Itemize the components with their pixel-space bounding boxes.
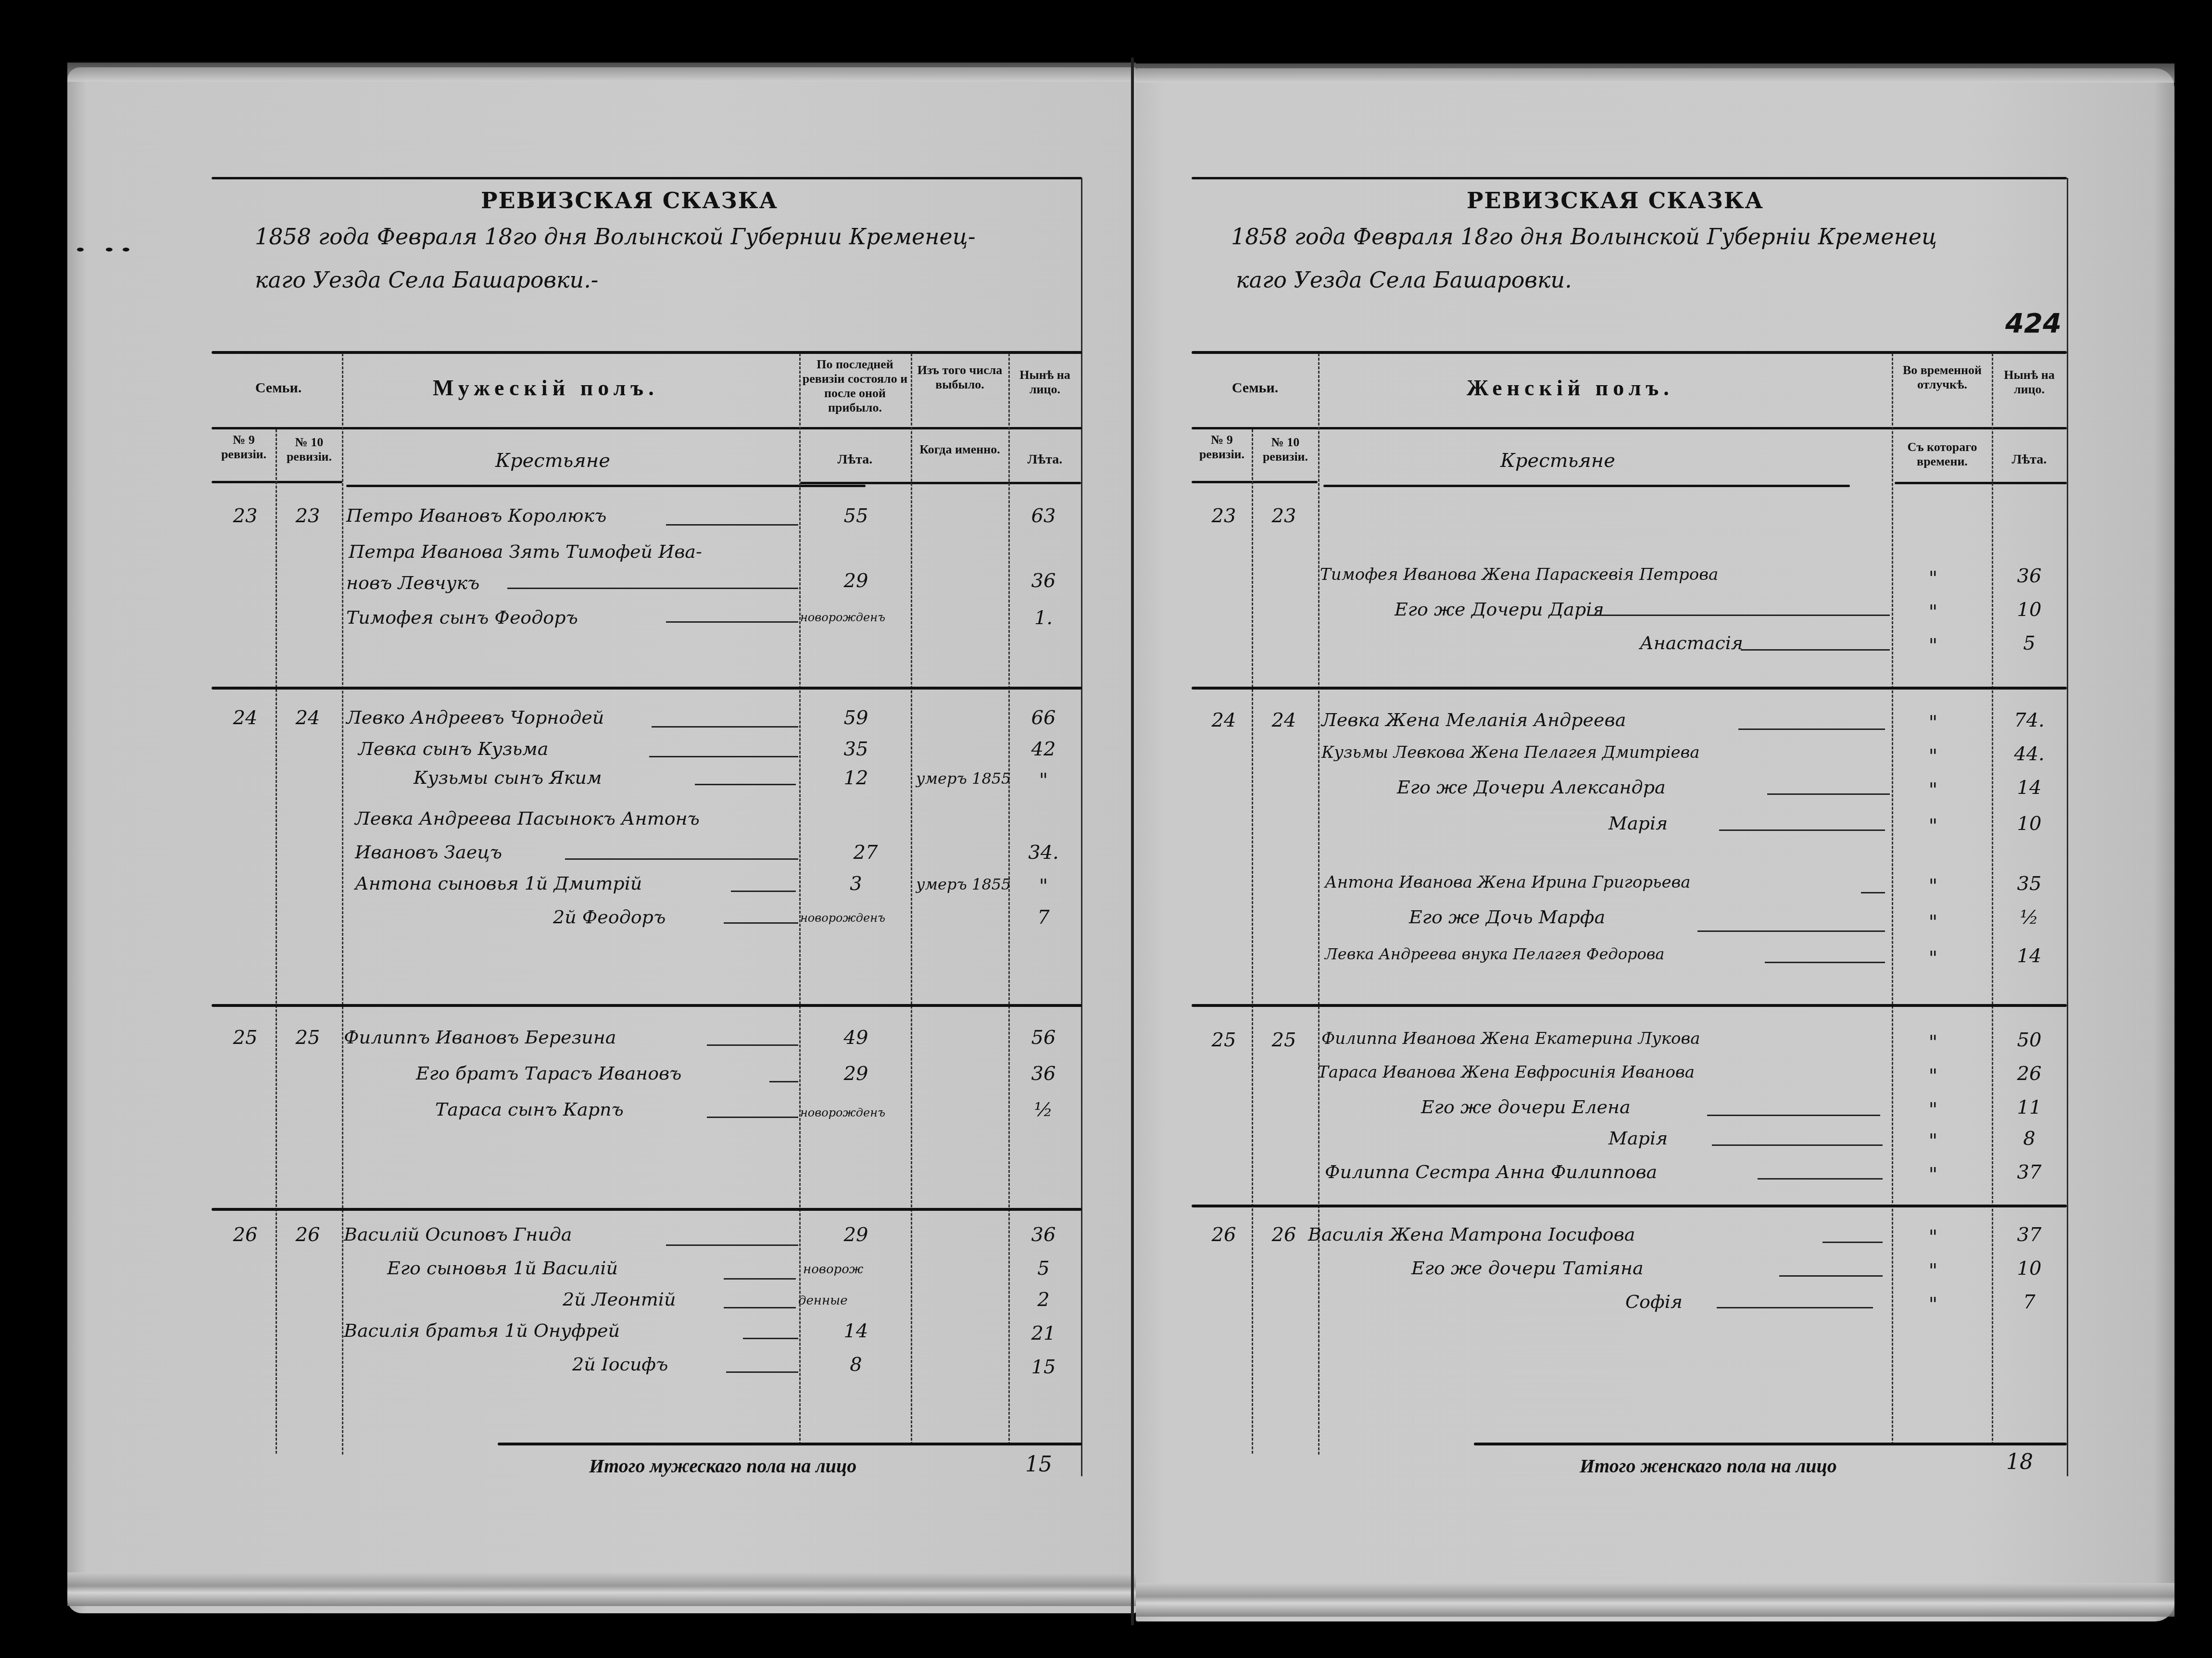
fill-dash — [724, 1278, 796, 1280]
col-divider — [276, 429, 277, 1454]
family-separator — [1192, 687, 2067, 690]
person-name: Кузьмы Левкова Жена Пелагея Дмитріева — [1321, 743, 1700, 762]
header-top-line — [1192, 351, 2067, 354]
age-now: 26 — [2000, 1063, 2058, 1085]
fill-dash — [1712, 1144, 1883, 1146]
age-now: 36 — [1015, 1224, 1072, 1246]
total-line — [1474, 1443, 2067, 1445]
person-name: Кузьмы сынъ Яким — [414, 767, 602, 788]
absence-mark: " — [1923, 779, 1943, 801]
age-last-revision: 59 — [808, 707, 904, 729]
person-name: Тимофея сынъ Феодоръ — [346, 607, 578, 628]
fill-dash — [1587, 615, 1890, 616]
fill-dash — [726, 1371, 798, 1373]
fill-dash — [724, 922, 798, 924]
person-name: Софія — [1625, 1291, 1683, 1312]
header-absence: Во временной отлучкѣ. — [1893, 363, 1991, 392]
fill-dash — [707, 1044, 798, 1046]
age-now: 10 — [2000, 1257, 2058, 1280]
person-name: Василій Осиповъ Гнида — [344, 1224, 572, 1245]
total-label: Итого мужескаго пола на лицо — [589, 1455, 856, 1477]
age-now: 21 — [1015, 1322, 1072, 1344]
col-divider — [1892, 353, 1893, 1445]
fill-dash — [1861, 892, 1885, 893]
family-separator — [212, 1208, 1082, 1211]
absence-mark: " — [1923, 1164, 1943, 1186]
age-now: 14 — [2000, 945, 2058, 967]
fill-dash — [666, 524, 798, 526]
date-line-2: каго Уезда Села Башаровки.- — [255, 267, 598, 293]
header-dropped: Изъ того числа выбыло. — [912, 363, 1008, 392]
age-last-revision: 49 — [808, 1027, 904, 1049]
margin-mark — [106, 248, 113, 251]
age-now: 2 — [1015, 1289, 1072, 1311]
person-name: Василія Жена Матрона Іосифова — [1308, 1224, 1635, 1245]
age-last-revision: новорожденъ — [800, 911, 885, 925]
frame-top-line — [1192, 177, 2067, 179]
person-name: Василія братья 1й Онуфрей — [344, 1320, 620, 1341]
total-line — [498, 1443, 1082, 1445]
rev10-number: 23 — [1260, 505, 1308, 527]
person-name: Петро Ивановъ Королюкъ — [346, 505, 606, 526]
col-divider — [1252, 429, 1253, 1454]
fill-dash — [666, 1244, 798, 1246]
age-last-revision: 29 — [808, 1224, 904, 1246]
person-name: Его же дочери Татіяна — [1411, 1257, 1644, 1279]
rev9-number: 25 — [1200, 1029, 1248, 1051]
age-now: " — [1015, 875, 1072, 897]
age-now: 10 — [2000, 813, 2058, 835]
sheet-title: РЕВИЗСКАЯ СКАЗКА — [481, 188, 778, 214]
age-now: 35 — [2000, 873, 2058, 895]
person-name: Петра Иванова Зять Тимофей Ива- — [349, 541, 702, 562]
page-edge-top — [1136, 63, 2174, 83]
age-now: ½ — [2000, 906, 2058, 929]
rev10-number: 24 — [1260, 709, 1308, 731]
age-now: 37 — [2000, 1224, 2058, 1246]
family-separator — [212, 687, 1082, 690]
header-estate: Крестьяне — [495, 450, 610, 472]
age-now: 42 — [1015, 738, 1072, 760]
frame-top-line — [212, 177, 1082, 179]
fill-dash — [1758, 1178, 1883, 1180]
rev9-number: 26 — [1200, 1224, 1248, 1246]
absence-mark: " — [1923, 1294, 1943, 1316]
age-last-revision: 29 — [808, 570, 904, 592]
header-rev9: № 9 ревизіи. — [1193, 433, 1251, 462]
fill-dash — [565, 858, 798, 860]
col-divider — [1008, 353, 1010, 1445]
rev10-number: 26 — [1260, 1224, 1308, 1246]
person-name: Филиппа Сестра Анна Филиппова — [1325, 1161, 1657, 1182]
fill-dash — [1779, 1275, 1883, 1277]
col-divider — [911, 353, 912, 1445]
page-edge-bottom — [1136, 1583, 2174, 1617]
col-divider — [342, 353, 343, 1455]
fill-dash — [743, 1338, 798, 1339]
age-now: 34. — [1015, 842, 1072, 864]
right-page — [1136, 68, 2174, 1621]
age-now: 36 — [2000, 565, 2058, 587]
rev10-number: 26 — [284, 1224, 332, 1246]
age-last-revision: 35 — [808, 738, 904, 760]
absence-mark: " — [1923, 567, 1943, 590]
book-spine — [1131, 58, 1134, 1625]
fill-dash — [1697, 930, 1885, 932]
age-last-revision: новорож — [803, 1262, 863, 1277]
age-last-revision: 12 — [808, 767, 904, 789]
subheader-line — [1895, 482, 2067, 484]
family-separator — [212, 1004, 1082, 1007]
person-name: Антона сыновья 1й Дмитрій — [355, 873, 642, 894]
age-now: 44. — [2000, 743, 2058, 765]
margin-mark — [123, 248, 129, 251]
left-page — [67, 67, 1136, 1613]
total-value: 15 — [1015, 1452, 1063, 1477]
rev10-number: 25 — [1260, 1029, 1308, 1051]
fill-dash — [695, 784, 796, 785]
age-now: 5 — [1015, 1257, 1072, 1280]
fill-dash — [1707, 1115, 1880, 1116]
person-name: Анастасія — [1640, 632, 1743, 653]
person-name: Антона Иванова Жена Ирина Григорьева — [1325, 873, 1691, 892]
header-present: Нынѣ на лицо. — [1993, 368, 2065, 397]
age-now: 7 — [1015, 906, 1072, 929]
absence-mark: " — [1923, 601, 1943, 623]
age-last-revision: 55 — [808, 505, 904, 527]
subheader-line — [800, 482, 1081, 484]
rev10-number: 25 — [284, 1027, 332, 1049]
fill-dash — [1741, 649, 1890, 651]
header-when: Когда именно. — [912, 442, 1008, 457]
margin-mark — [77, 248, 84, 251]
fill-dash — [507, 588, 798, 589]
header-rev9: № 9 ревизіи. — [213, 433, 275, 462]
person-name: 2й Іосифъ — [572, 1354, 668, 1375]
person-name: Его же дочери Елена — [1421, 1096, 1631, 1118]
person-name: 2й Леонтій — [563, 1289, 676, 1310]
date-line-1: 1858 года Февраля 18го дня Волынской Губ… — [1231, 224, 1937, 250]
fill-dash — [1719, 829, 1885, 831]
age-now: 37 — [2000, 1161, 2058, 1183]
absence-mark: " — [1923, 815, 1943, 837]
family-separator — [1192, 1205, 2067, 1207]
rev9-number: 26 — [221, 1224, 269, 1246]
page-edge-top — [67, 63, 1136, 82]
person-name: Тараса Иванова Жена Евфросинія Иванова — [1318, 1063, 1695, 1082]
age-now: 10 — [2000, 599, 2058, 621]
header-families: Семьи. — [215, 380, 341, 396]
age-now: 5 — [2000, 632, 2058, 654]
age-now: 56 — [1015, 1027, 1072, 1049]
family-separator — [1192, 1004, 2067, 1007]
age-now: ½ — [1015, 1099, 1072, 1121]
col-divider — [1318, 353, 1320, 1455]
absence-mark: " — [1923, 1130, 1943, 1152]
absence-mark: " — [1923, 1226, 1943, 1248]
age-now: 7 — [2000, 1291, 2058, 1313]
person-name: Филиппа Иванова Жена Екатерина Лукова — [1321, 1029, 1700, 1048]
subheader-line — [1192, 481, 1318, 483]
absence-mark: " — [1923, 947, 1943, 969]
absence-mark: " — [1923, 635, 1943, 657]
person-name: новъ Левчукъ — [346, 572, 479, 593]
fill-dash — [666, 621, 798, 623]
fill-dash — [1767, 793, 1890, 795]
subheader-line — [1323, 485, 1850, 487]
header-present: Нынѣ на лицо. — [1009, 368, 1081, 397]
age-now: 15 — [1015, 1356, 1072, 1378]
age-last-revision: 29 — [808, 1063, 904, 1085]
person-name: Его же Дочь Марфа — [1409, 906, 1605, 928]
rev10-number: 24 — [284, 707, 332, 729]
absence-mark: " — [1923, 1260, 1943, 1282]
age-last-revision: денные — [798, 1294, 848, 1308]
person-name: Его же Дочери Александра — [1397, 777, 1666, 798]
fill-dash — [707, 1117, 798, 1118]
date-line-1: 1858 года Февраля 18го дня Волынской Губ… — [255, 224, 975, 250]
header-rev10: № 10 ревизіи. — [1253, 435, 1318, 464]
person-name: Тараса сынъ Карпъ — [435, 1099, 624, 1120]
frame-right-line — [1081, 178, 1082, 1476]
age-now: 66 — [1015, 707, 1072, 729]
absence-mark: " — [1923, 745, 1943, 767]
fill-dash — [1765, 962, 1885, 963]
age-last-revision: 27 — [817, 842, 914, 864]
header-rev10: № 10 ревизіи. — [277, 435, 341, 464]
fill-dash — [1738, 729, 1885, 730]
fill-dash — [1717, 1307, 1873, 1308]
age-now: 14 — [2000, 777, 2058, 799]
person-name: Марія — [1609, 1128, 1668, 1149]
dropped-note: умеръ 1855 — [916, 875, 1011, 893]
age-last-revision: 8 — [808, 1354, 904, 1376]
page-number: 424 — [2005, 308, 2061, 339]
person-name: Его братъ Тарасъ Ивановъ — [416, 1063, 681, 1084]
col-divider — [799, 353, 801, 1445]
header-age-last: Лѣта. — [800, 452, 910, 467]
subheader-line — [212, 481, 342, 483]
person-name: Тимофея Иванова Жена Параскевія Петрова — [1320, 565, 1718, 584]
person-name: Левка сынъ Кузьма — [358, 738, 548, 759]
person-name: Левка Андреева внука Пелагея Федорова — [1325, 945, 1664, 963]
header-families: Семьи. — [1193, 380, 1318, 396]
page-edge-bottom — [67, 1572, 1136, 1606]
header-section: Женскій полъ. — [1467, 375, 1674, 401]
age-now: 8 — [2000, 1128, 2058, 1150]
person-name: Ивановъ Заецъ — [355, 842, 502, 863]
header-section: Мужескій полъ. — [433, 375, 659, 401]
age-now: 50 — [2000, 1029, 2058, 1051]
fill-dash — [724, 1307, 796, 1308]
fill-dash — [769, 1081, 798, 1082]
header-last-revision: По последней ревизіи состояло и после он… — [800, 357, 910, 415]
person-name: 2й Феодоръ — [553, 906, 666, 928]
absence-mark: " — [1923, 1031, 1943, 1054]
fill-dash — [731, 891, 796, 892]
person-name: Левка Андреева Пасынокъ Антонъ — [355, 808, 700, 829]
absence-mark: " — [1923, 712, 1943, 734]
sheet-title: РЕВИЗСКАЯ СКАЗКА — [1467, 188, 1764, 214]
age-now: 11 — [2000, 1096, 2058, 1118]
date-line-2: каго Уезда Села Башаровки. — [1236, 267, 1572, 293]
rev9-number: 25 — [221, 1027, 269, 1049]
person-name: Филиппъ Ивановъ Березина — [344, 1027, 616, 1048]
fill-dash — [652, 726, 798, 728]
age-now: 63 — [1015, 505, 1072, 527]
age-last-revision: новорожденъ — [800, 611, 885, 624]
age-last-revision: новорожденъ — [800, 1106, 885, 1119]
rev9-number: 24 — [1200, 709, 1248, 731]
age-now: 36 — [1015, 1063, 1072, 1085]
person-name: Левка Жена Меланія Андреева — [1321, 709, 1626, 730]
age-now: 74. — [2000, 709, 2058, 731]
rev9-number: 24 — [221, 707, 269, 729]
frame-right-line — [2067, 178, 2068, 1476]
age-last-revision: 3 — [808, 873, 904, 895]
col-divider — [1992, 353, 1993, 1445]
fill-dash — [649, 756, 798, 757]
total-value: 18 — [1996, 1450, 2044, 1474]
fill-dash — [1822, 1242, 1883, 1243]
absence-mark: " — [1923, 1099, 1943, 1121]
person-name: Его сыновья 1й Василій — [387, 1257, 618, 1279]
person-name: Левко Андреевъ Чорнодей — [346, 707, 604, 728]
header-mid-line — [1192, 427, 2067, 429]
absence-mark: " — [1923, 1065, 1943, 1087]
absence-mark: " — [1923, 875, 1943, 897]
age-now: 36 — [1015, 570, 1072, 592]
rev9-number: 23 — [221, 505, 269, 527]
dropped-note: умеръ 1855 — [916, 769, 1011, 788]
subheader-line — [346, 485, 866, 487]
header-estate: Крестьяне — [1500, 450, 1615, 472]
total-label: Итого женскаго пола на лицо — [1580, 1455, 1837, 1477]
age-now: 1. — [1015, 607, 1072, 629]
age-now: " — [1015, 769, 1072, 791]
header-age: Лѣта. — [1993, 452, 2065, 467]
absence-mark: " — [1923, 911, 1943, 933]
age-last-revision: 14 — [808, 1320, 904, 1342]
header-age-now: Лѣта. — [1009, 452, 1081, 467]
rev9-number: 23 — [1200, 505, 1248, 527]
rev10-number: 23 — [284, 505, 332, 527]
person-name: Его же Дочери Дарія — [1395, 599, 1604, 620]
person-name: Марія — [1609, 813, 1668, 834]
header-since: Съ котораго времени. — [1893, 440, 1991, 469]
